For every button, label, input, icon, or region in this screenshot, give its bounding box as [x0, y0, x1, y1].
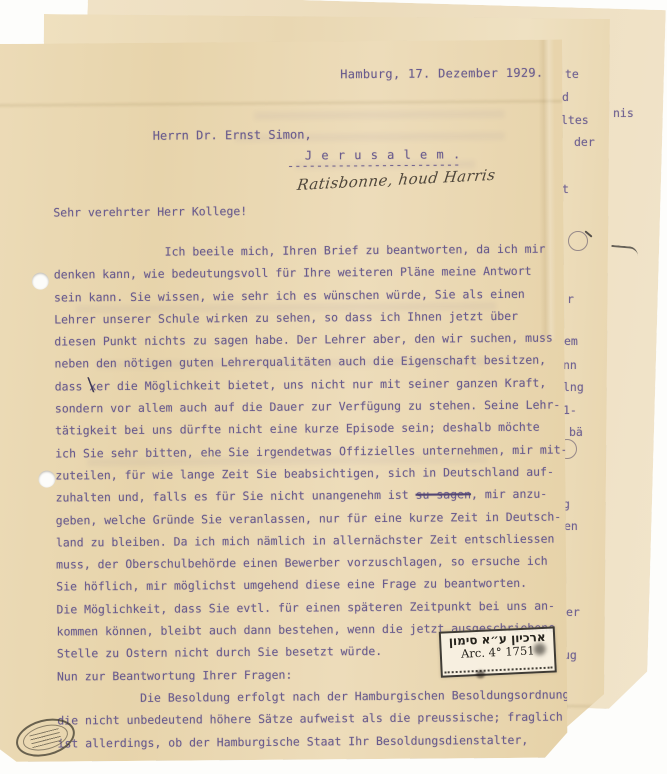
punch-hole	[32, 273, 49, 290]
cutoff-text-fragment: nis	[613, 106, 634, 120]
archive-stamp: ארכיון ע״א סימון Arc. 4° 1751	[439, 626, 557, 677]
paper-sheet-front: Hamburg, 17. Dezember 1929. Herrn Dr. Er…	[0, 40, 568, 762]
cutoff-text-fragment: lng	[563, 380, 584, 394]
cutoff-text-fragment: der	[574, 135, 595, 149]
cutoff-text-fragment: 1-	[563, 403, 577, 417]
punch-hole	[38, 471, 55, 488]
strike-before: zuhalten und, falls es für Sie nicht una…	[56, 488, 416, 505]
cutoff-text-fragment: bä	[569, 425, 583, 439]
letter-salutation: Sehr verehrter Herr Kollege!	[53, 204, 247, 220]
scanned-letter-scene: nis te d ltes der t r em nn lng 1- bä g …	[0, 0, 667, 774]
strike-after: , mir anzu-	[471, 487, 547, 502]
letter-line: ist allerdings, ob der Hamburgische Staa…	[57, 728, 569, 754]
letter-date: Hamburg, 17. Dezember 1929.	[340, 66, 543, 82]
letter-body: Ich beeile mich, Ihren Brief zu beantwor…	[54, 238, 570, 755]
pen-strikeout-mark	[87, 377, 95, 392]
cutoff-text-fragment: d	[562, 90, 569, 104]
ink-bleed-ghost	[255, 110, 505, 120]
stamp-dotted-line	[445, 667, 553, 674]
cutoff-text-fragment: r	[567, 292, 574, 306]
cutoff-text-fragment: er	[566, 605, 580, 619]
struck-text: su sagen	[416, 488, 471, 502]
cutoff-text-fragment: ltes	[561, 113, 589, 127]
cutoff-text-fragment: en	[564, 519, 578, 533]
cutoff-text-fragment: nn	[563, 358, 577, 372]
ink-blot	[476, 670, 485, 678]
paper-crease	[0, 100, 562, 107]
punch-hole-ring	[568, 231, 588, 251]
oval-stamp-illegible-text	[29, 728, 61, 748]
cutoff-text-fragment: te	[565, 67, 579, 81]
cutoff-text-fragment: em	[564, 334, 578, 348]
letter-recipient: Herrn Dr. Ernst Simon,	[153, 128, 312, 143]
